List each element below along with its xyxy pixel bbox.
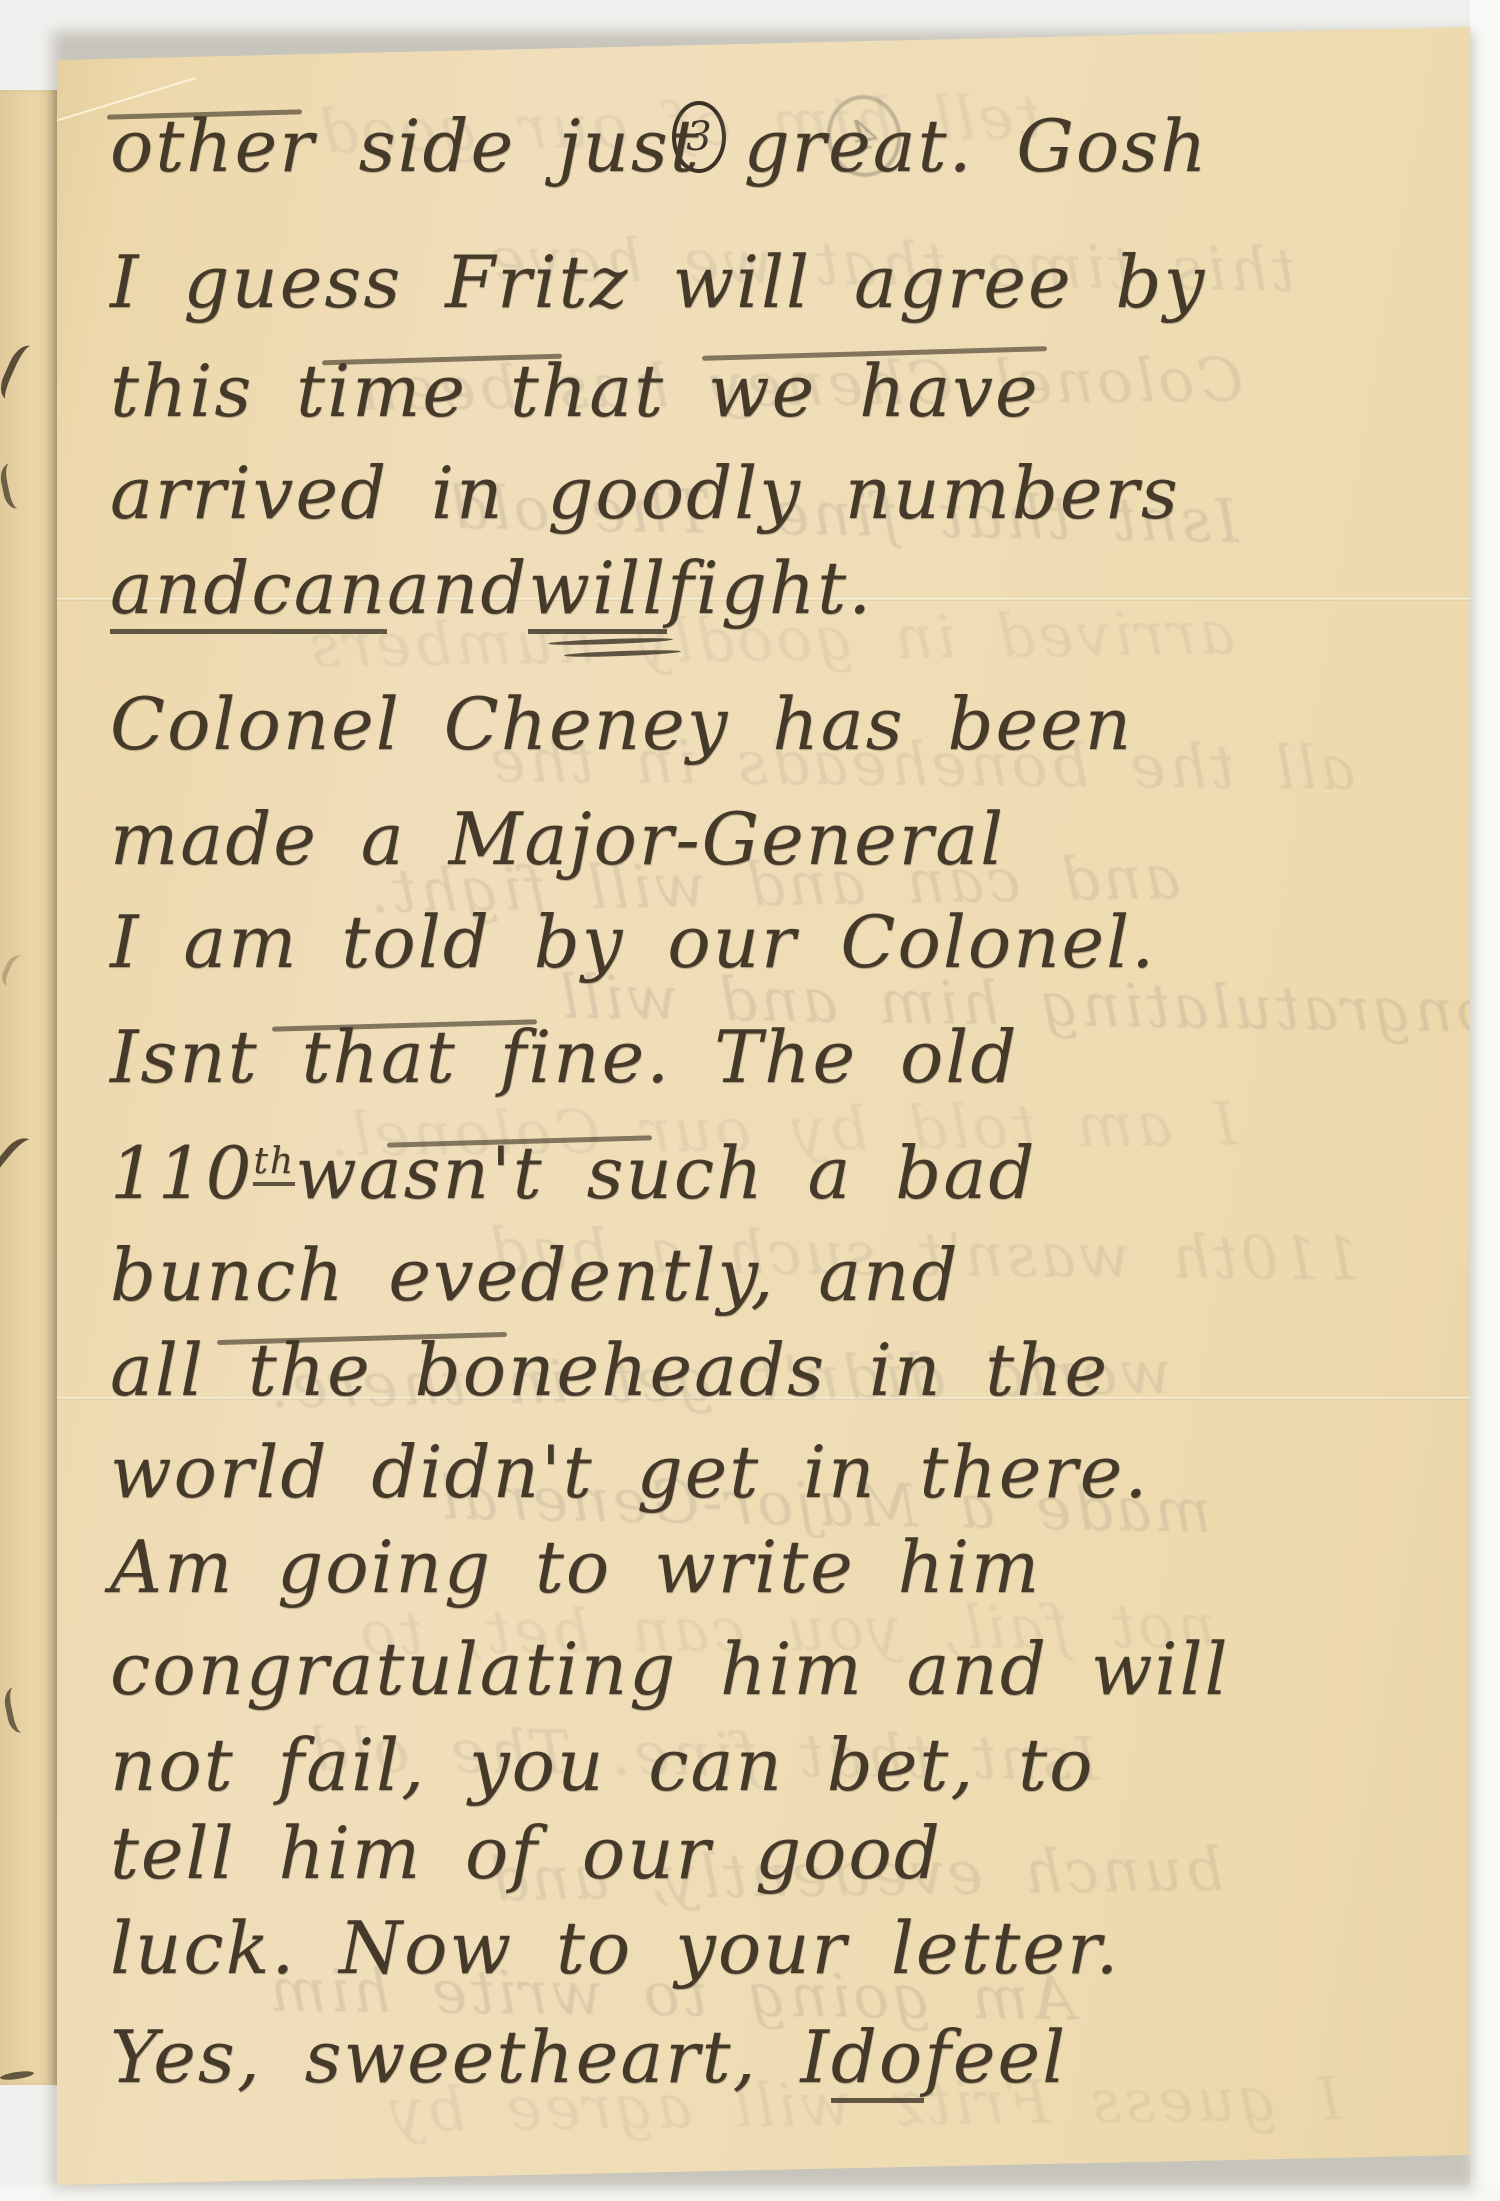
handwriting-line: arrived in goodly numbers [110,457,1180,529]
word-segment: Am going to write him [110,1531,1041,1603]
word-segment: world didn't get in there. [110,1436,1149,1508]
word-segment: bunch evedently, and [110,1239,960,1311]
word-segment: Isnt that fine. The old [110,1021,1018,1093]
word-segment: do [831,2021,924,2103]
ink-fragment [0,1132,44,1192]
ink-fragment [2,1683,41,1734]
handwriting-line: bunch evedently, and [110,1239,960,1311]
word-segment: and [110,552,251,634]
word-segment: this time that we have [110,355,1040,427]
word-segment: all the boneheads in the [110,1334,1109,1406]
word-segment: Yes, sweetheart, I [110,2021,831,2093]
word-segment: feel [924,2021,1067,2093]
handwriting-line: I am told by our Colonel. [110,906,1156,978]
handwriting-line: tell him of our good [110,1817,942,1889]
handwriting-line: luck. Now to your letter. [110,1912,1120,1984]
handwriting-line: not fail, you can bet, to [110,1729,1094,1801]
word-segment: made a Major-General [110,803,1005,875]
word-segment: wasn't such a bad [295,1137,1036,1209]
word-segment: fight. [667,552,873,624]
handwriting-line: made a Major-General [110,803,1005,875]
handwriting-line: 110th wasn't such a bad [110,1137,1036,1209]
word-segment: can [251,552,387,634]
ink-fragment [0,341,47,407]
word-segment: luck. Now to your letter. [110,1912,1120,1984]
word-segment: I guess Fritz will agree by [110,246,1206,318]
ink-fragment [0,952,39,995]
word-segment: will [528,552,667,634]
word-segment: congratulating him and will [110,1633,1230,1705]
word-segment: tell him of our good [110,1817,942,1889]
word-segment: arrived in goodly numbers [110,457,1180,529]
handwriting-line: Isnt that fine. The old [110,1021,1018,1093]
word-segment: 110 [110,1137,253,1209]
ink-fragment [0,2070,34,2082]
handwriting-line: all the boneheads in the [110,1334,1109,1406]
word-segment: not fail, you can bet, to [110,1729,1094,1801]
handwriting-line: this time that we have [110,355,1040,427]
handwriting-line: I guess Fritz will agree by [110,246,1206,318]
ink-fragment [0,459,36,510]
handwriting-line: and can and will fight. [110,552,873,634]
scanner-background-right [1470,0,1500,2201]
letter-page: 3 4 tell him of our goodthis time that w… [57,25,1470,2187]
handwriting-line: other side just great. Gosh [110,110,1209,182]
handwriting-line: Yes, sweetheart, I do feel [110,2021,1067,2103]
word-segment: I am told by our Colonel. [110,906,1156,978]
adjacent-page-edge [0,90,57,2085]
handwriting-line: congratulating him and will [110,1633,1230,1705]
handwriting-line: Am going to write him [110,1531,1041,1603]
handwriting-line: world didn't get in there. [110,1436,1149,1508]
word-segment: other side just great. Gosh [110,110,1209,182]
word-segment: Colonel Cheney has been [110,688,1133,760]
word-segment: and [387,552,528,624]
word-segment: th [253,1144,295,1186]
handwriting-line: Colonel Cheney has been [110,688,1133,760]
